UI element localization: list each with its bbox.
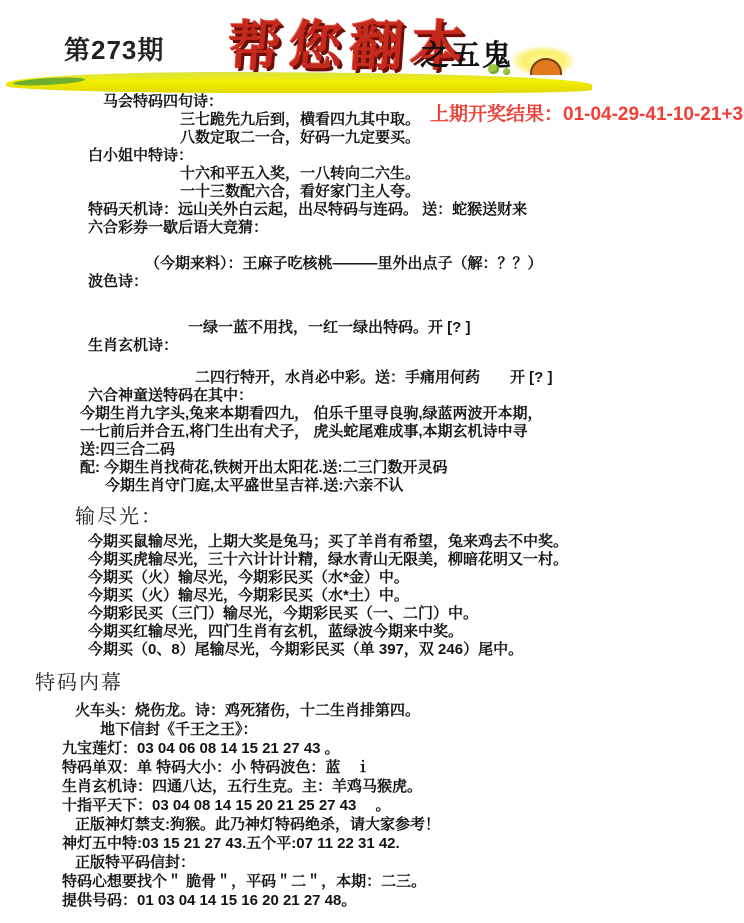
- text-line: 今期买（0、8）尾输尽光，今期彩民买（单 397，双 246）尾中。: [88, 641, 744, 659]
- text-line: 白小姐中特诗：: [88, 147, 744, 165]
- text-line: 二四行特开，水肖必中彩。送：手痛用何药 开 [? ]: [195, 369, 744, 387]
- text-line: 今期买（火）输尽光，今期彩民买（水*土）中。: [88, 587, 744, 605]
- text-line: 今期买红输尽光，四门生肖有玄机，蓝绿波今期来中奖。: [88, 623, 744, 641]
- text-line: 六合彩券一歇后语大竞猜：: [88, 219, 744, 237]
- page-title-suffix: 之五鬼: [420, 33, 513, 74]
- bush-icon: [503, 68, 510, 75]
- lottery-tip-sheet: 第273期 帮您翻本 之五鬼 上期开奖结果：01-04-29-41-10-21+…: [0, 0, 744, 923]
- section-heading: 输尽光：: [75, 505, 744, 529]
- text-line: 生肖玄机诗：四通八达，五行生克。主：羊鸡马猴虎。: [62, 777, 744, 796]
- text-line: 正版神灯禁支:狗猴。此乃神灯特码绝杀，请大家参考！: [75, 815, 744, 834]
- issue-number: 第273期: [64, 30, 164, 67]
- text-line: 火车头：烧伤龙。诗：鸡死猪伤，十二生肖排第四。: [75, 701, 744, 720]
- bush-icon: [488, 64, 499, 74]
- text-line: （今期来料）：王麻子吃核桃———里外出点子（解：？？）: [145, 255, 744, 273]
- text-line: 生肖玄机诗：: [88, 337, 744, 355]
- text-line: 配: 今期生肖找荷花,铁树开出太阳花.送:二三门数开灵码: [80, 459, 744, 477]
- text-line: 九宝莲灯：03 04 06 08 14 15 21 27 43 。: [62, 739, 744, 758]
- document-body: 马会特码四句诗：三七跪先九后到，横看四九其中取。八数定取二一合，好码一九定要买。…: [0, 93, 744, 910]
- text-line: 今期买虎输尽光，三十六计计计精，绿水青山无限美，柳暗花明又一村。: [88, 551, 744, 569]
- text-line: 马会特码四句诗：: [103, 93, 744, 111]
- grass-streak: [11, 76, 87, 87]
- text-line: 三七跪先九后到，横看四九其中取。: [180, 111, 744, 129]
- text-line: 十指平天下：03 04 08 14 15 20 21 25 27 43 。: [62, 796, 744, 815]
- text-line: 一十三数配六合，看好家门主人夸。: [180, 183, 744, 201]
- text-line: 特码天机诗：远山关外白云起，出尽特码与连码。 送：蛇猴送财来: [88, 201, 744, 219]
- text-line: 特码心想要找个＂ 脆骨＂，平码＂二＂，本期：二三。: [62, 872, 744, 891]
- section-heading: 特码内幕: [35, 671, 744, 695]
- text-line: 提供号码：01 03 04 14 15 16 20 21 27 48。: [62, 891, 744, 910]
- text-line: 六合神童送特码在其中：: [88, 387, 744, 405]
- text-line: 一绿一蓝不用找，一红一绿出特码。开 [? ]: [188, 319, 744, 337]
- text-line: 十六和平五入奖，一八转向二六生。: [180, 165, 744, 183]
- grass-band-decoration: [6, 72, 592, 93]
- text-line: 今期买鼠输尽光，上期大奖是兔马；买了羊肖有希望，兔来鸡去不中奖。: [88, 533, 744, 551]
- text-line: 特码单双：单 特码大小：小 特码波色：蓝 ｉ: [62, 758, 744, 777]
- text-line: 波色诗：: [88, 273, 744, 291]
- text-line: 八数定取二一合，好码一九定要买。: [180, 129, 744, 147]
- text-line: 今期买（火）输尽光，今期彩民买（水*金）中。: [88, 569, 744, 587]
- text-line: 地下信封《千王之王》：: [100, 720, 744, 739]
- text-line: 正版特平码信封：: [75, 853, 744, 872]
- text-line: 神灯五中特:03 15 21 27 43.五个平:07 11 22 31 42.: [62, 834, 744, 853]
- text-line: 一七前后并合五,将门生出有犬子， 虎头蛇尾难成事,本期玄机诗中寻: [80, 423, 744, 441]
- text-line: 送:四三合二码: [80, 441, 744, 459]
- text-line: 今期生肖九字头,兔来本期看四九， 伯乐千里寻良驹,绿蓝两波开本期，: [80, 405, 744, 423]
- text-line: 今期彩民买（三门）输尽光，今期彩民买（一、二门）中。: [88, 605, 744, 623]
- text-line: 今期生肖守门庭,太平盛世呈吉祥.送:六亲不认: [105, 477, 744, 495]
